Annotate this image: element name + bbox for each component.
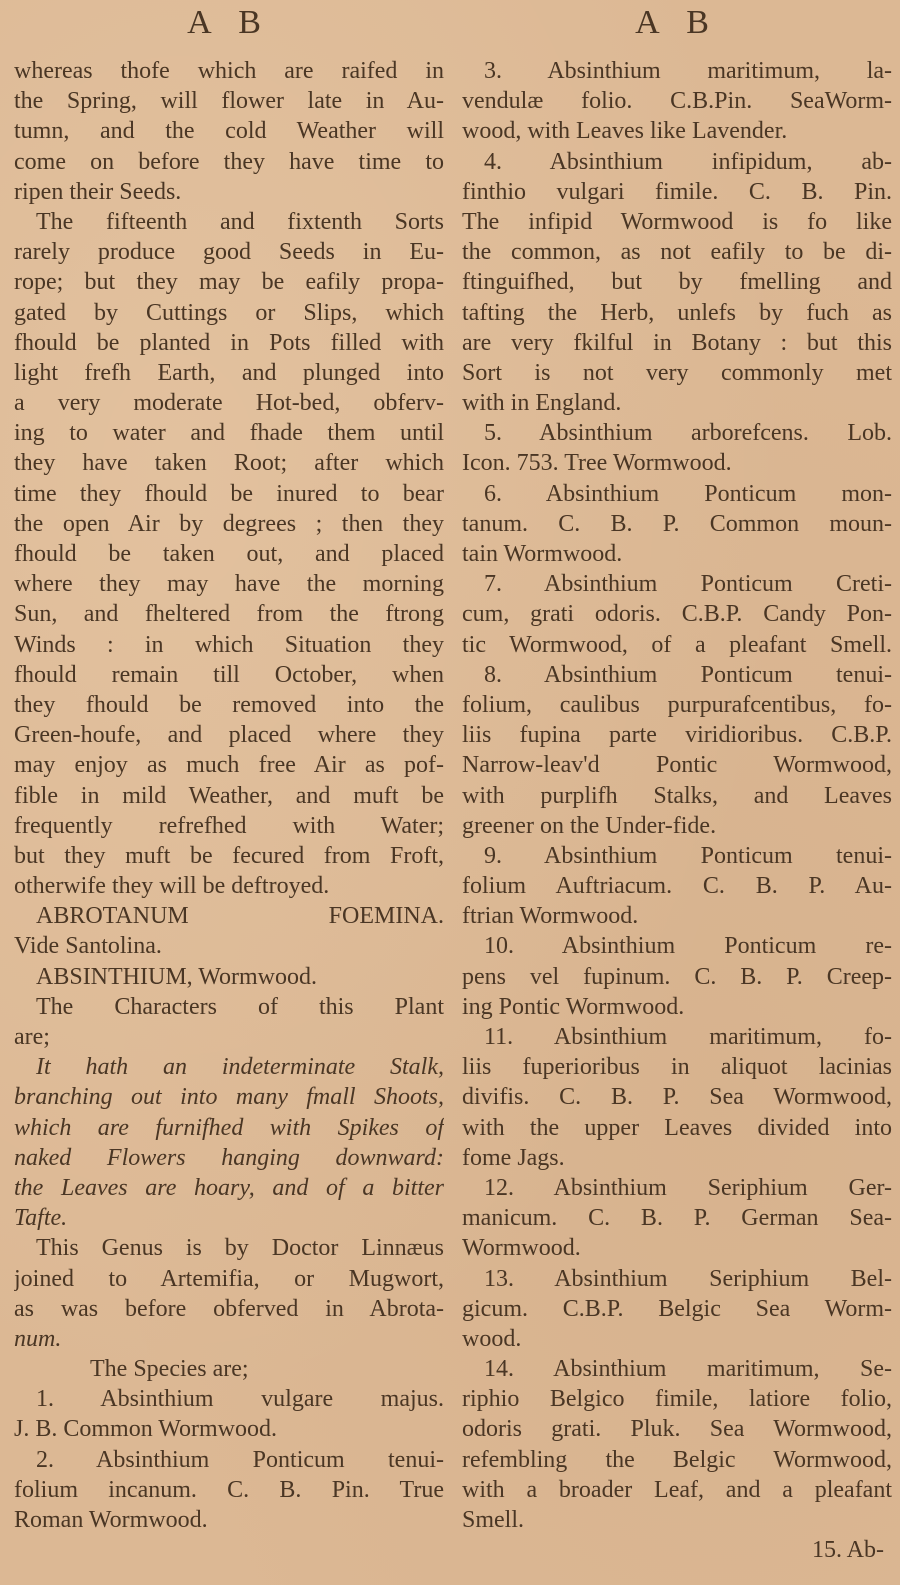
- text-line: with a broader Leaf, and a pleafant: [462, 1475, 892, 1505]
- text-line: 8. Absinthium Ponticum tenui-: [462, 660, 892, 690]
- text-line: wood.: [462, 1324, 892, 1354]
- text-line: cum, grati odoris. C.B.P. Candy Pon-: [462, 599, 892, 629]
- text-line: gated by Cuttings or Slips, which: [14, 298, 444, 328]
- text-line: may enjoy as much free Air as pof-: [14, 750, 444, 780]
- text-line: 4. Absinthium infipidum, ab-: [462, 147, 892, 177]
- text-line: finthio vulgari fimile. C. B. Pin.: [462, 177, 892, 207]
- text-line: divifis. C. B. P. Sea Wormwood,: [462, 1082, 892, 1112]
- text-line: time they fhould be inured to bear: [14, 479, 444, 509]
- text-line: come on before they have time to: [14, 147, 444, 177]
- text-line: tanum. C. B. P. Common moun-: [462, 509, 892, 539]
- text-line: pens vel fupinum. C. B. P. Creep-: [462, 962, 892, 992]
- text-line: tafting the Herb, unlefs by fuch as: [462, 298, 892, 328]
- text-line: as was before obferved in Abrota-: [14, 1294, 444, 1324]
- text-line: J. B. Common Wormwood.: [14, 1414, 444, 1444]
- text-line: are;: [14, 1022, 444, 1052]
- text-line: 13. Absinthium Seriphium Bel-: [462, 1264, 892, 1294]
- text-line: the Leaves are hoary, and of a bitter: [14, 1173, 444, 1203]
- text-line: manicum. C. B. P. German Sea-: [462, 1203, 892, 1233]
- text-line: frequently refrefhed with Water;: [14, 811, 444, 841]
- text-line: 11. Absinthium maritimum, fo-: [462, 1022, 892, 1052]
- text-line: 1. Absinthium vulgare majus.: [14, 1384, 444, 1414]
- text-line: It hath an indeterminate Stalk,: [14, 1052, 444, 1082]
- text-line: 3. Absinthium maritimum, la-: [462, 56, 892, 86]
- text-line: 10. Absinthium Ponticum re-: [462, 931, 892, 961]
- text-line: folium Auftriacum. C. B. P. Au-: [462, 871, 892, 901]
- text-line: 5. Absinthium arborefcens. Lob.: [462, 418, 892, 448]
- text-line: they fhould be removed into the: [14, 690, 444, 720]
- text-line: joined to Artemifia, or Mugwort,: [14, 1264, 444, 1294]
- text-line: 2. Absinthium Ponticum tenui-: [14, 1445, 444, 1475]
- text-line: tain Wormwood.: [462, 539, 892, 569]
- text-line: tic Wormwood, of a pleafant Smell.: [462, 630, 892, 660]
- text-line: which are furnifhed with Spikes of: [14, 1113, 444, 1143]
- right-column-text: 3. Absinthium maritimum, la-vendulæ foli…: [462, 56, 892, 1565]
- text-line: where they may have the morning: [14, 569, 444, 599]
- text-line: Winds : in which Situation they: [14, 630, 444, 660]
- text-line: Tafte.: [14, 1203, 444, 1233]
- text-line: Wormwood.: [462, 1233, 892, 1263]
- text-line: rarely produce good Seeds in Eu-: [14, 237, 444, 267]
- text-line: otherwife they will be deftroyed.: [14, 871, 444, 901]
- text-line: num.: [14, 1324, 444, 1354]
- text-line: Narrow-leav'd Pontic Wormwood,: [462, 750, 892, 780]
- text-line: with purplifh Stalks, and Leaves: [462, 781, 892, 811]
- text-line: liis fuperioribus in aliquot lacinias: [462, 1052, 892, 1082]
- text-line: fible in mild Weather, and muft be: [14, 781, 444, 811]
- right-running-head: A B: [462, 4, 892, 42]
- text-line: The Characters of this Plant: [14, 992, 444, 1022]
- text-line: ABROTANUM FOEMINA.: [14, 901, 444, 931]
- text-line: ripen their Seeds.: [14, 177, 444, 207]
- text-line: ing to water and fhade them until: [14, 418, 444, 448]
- text-line: whereas thofe which are raifed in: [14, 56, 444, 86]
- text-line: 9. Absinthium Ponticum tenui-: [462, 841, 892, 871]
- text-line: but they muft be fecured from Froft,: [14, 841, 444, 871]
- left-column-text: whereas thofe which are raifed inthe Spr…: [14, 56, 444, 1535]
- text-line: fhould be planted in Pots filled with: [14, 328, 444, 358]
- text-line: ing Pontic Wormwood.: [462, 992, 892, 1022]
- text-line: folium incanum. C. B. Pin. True: [14, 1475, 444, 1505]
- text-line: riphio Belgico fimile, latiore folio,: [462, 1384, 892, 1414]
- text-line: fome Jags.: [462, 1143, 892, 1173]
- text-line: fhould remain till October, when: [14, 660, 444, 690]
- text-line: rope; but they may be eafily propa-: [14, 267, 444, 297]
- text-line: the common, as not eafily to be di-: [462, 237, 892, 267]
- book-page: A B whereas thofe which are raifed inthe…: [0, 0, 900, 1585]
- text-line: are very fkilful in Botany : but this: [462, 328, 892, 358]
- text-line: liis fupina parte viridioribus. C.B.P.: [462, 720, 892, 750]
- text-line: wood, with Leaves like Lavender.: [462, 116, 892, 146]
- text-line: tumn, and the cold Weather will: [14, 116, 444, 146]
- text-line: they have taken Root; after which: [14, 448, 444, 478]
- text-line: ftrian Wormwood.: [462, 901, 892, 931]
- text-line: with the upper Leaves divided into: [462, 1113, 892, 1143]
- text-line: vendulæ folio. C.B.Pin. SeaWorm-: [462, 86, 892, 116]
- text-line: light frefh Earth, and plunged into: [14, 358, 444, 388]
- text-line: odoris grati. Pluk. Sea Wormwood,: [462, 1414, 892, 1444]
- text-line: a very moderate Hot-bed, obferv-: [14, 388, 444, 418]
- text-line: The infipid Wormwood is fo like: [462, 207, 892, 237]
- text-line: Smell.: [462, 1505, 892, 1535]
- text-line: 14. Absinthium maritimum, Se-: [462, 1354, 892, 1384]
- text-line: greener on the Under-fide.: [462, 811, 892, 841]
- text-line: refembling the Belgic Wormwood,: [462, 1445, 892, 1475]
- text-line: 7. Absinthium Ponticum Creti-: [462, 569, 892, 599]
- text-line: Icon. 753. Tree Wormwood.: [462, 448, 892, 478]
- text-line: gicum. C.B.P. Belgic Sea Worm-: [462, 1294, 892, 1324]
- catchword: 15. Ab-: [462, 1535, 892, 1565]
- text-line: Sort is not very commonly met: [462, 358, 892, 388]
- left-running-head: A B: [14, 4, 444, 42]
- text-line: The fifteenth and fixtenth Sorts: [14, 207, 444, 237]
- text-line: with in England.: [462, 388, 892, 418]
- text-line: Green-houfe, and placed where they: [14, 720, 444, 750]
- text-line: Roman Wormwood.: [14, 1505, 444, 1535]
- text-line: ftinguifhed, but by fmelling and: [462, 267, 892, 297]
- text-line: branching out into many fmall Shoots,: [14, 1082, 444, 1112]
- text-line: This Genus is by Doctor Linnæus: [14, 1233, 444, 1263]
- text-line: The Species are;: [14, 1354, 444, 1384]
- text-line: the open Air by degrees ; then they: [14, 509, 444, 539]
- text-line: Vide Santolina.: [14, 931, 444, 961]
- text-line: the Spring, will flower late in Au-: [14, 86, 444, 116]
- text-line: 12. Absinthium Seriphium Ger-: [462, 1173, 892, 1203]
- text-line: naked Flowers hanging downward:: [14, 1143, 444, 1173]
- text-line: Sun, and fheltered from the ftrong: [14, 599, 444, 629]
- text-line: fhould be taken out, and placed: [14, 539, 444, 569]
- text-line: 6. Absinthium Ponticum mon-: [462, 479, 892, 509]
- text-line: ABSINTHIUM, Wormwood.: [14, 962, 444, 992]
- text-line: folium, caulibus purpurafcentibus, fo-: [462, 690, 892, 720]
